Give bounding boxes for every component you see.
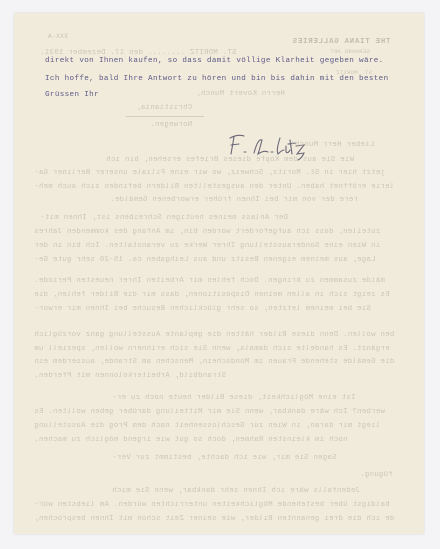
bleed-line: ben wollen. Denn diese Bilder hätten die…	[34, 331, 394, 339]
bleed-line: Sagen Sie mir, wie ich dachte, bestimmt …	[112, 454, 337, 462]
bleed-country: Norwegen.	[150, 121, 192, 129]
bleed-city: Christiania,	[136, 104, 192, 112]
bleed-line: noch im kleinsten Rahmen, doch so gut wi…	[34, 436, 347, 444]
bleed-line: ergänzt. Es handelte sich damals, wenn S…	[34, 345, 390, 353]
letterhead-company: THE TIANA GALLERIES	[292, 38, 390, 46]
archive-mark: A-XXX	[48, 33, 69, 40]
bleed-line: in Wien eine Sonderausstellung Ihrer Wer…	[34, 242, 380, 250]
bleed-line: Lage, aus meinem eigenen Besitz und aus …	[34, 256, 376, 264]
bleed-line: liegt mir daran, in Wien zur Geschlossen…	[34, 422, 380, 430]
bleed-line: baldigst über bestehende Möglichkeiten u…	[34, 501, 390, 509]
bleed-line: Ist eine Möglichkeit, diese Bilder heute…	[112, 394, 355, 402]
bleed-line: Es zeigt sich in allen meinen Dispositio…	[34, 291, 390, 299]
letter-line-2: Ich hoffe, bald Ihre Antwort zu hören un…	[45, 75, 389, 83]
bleed-line: fügung.	[360, 471, 393, 479]
bleed-line: mälde zusammen zu bringen. Doch fehlen m…	[34, 277, 385, 285]
letter-line-1: direkt von Ihnen kaufen, so dass damit v…	[45, 57, 384, 65]
bleed-line: Sie bei meinem letzten, so sehr glücklic…	[34, 305, 371, 313]
bleed-line: Jedenfalls wäre ich Ihnen sehr dankbar, …	[112, 487, 360, 495]
bleed-recipient: Herrn Kovert Munch,	[196, 90, 285, 98]
bleed-line: rere der von mir bei Ihnen früher erworb…	[110, 196, 358, 204]
bleed-line: zuteilen, dass ich aufgefordert worden b…	[34, 228, 380, 236]
bleed-line: Der Anlass meines heutigen Schreibens is…	[40, 214, 288, 222]
bleed-line: Wie Sie aus dem Kopfe dieses Briefes ers…	[106, 156, 354, 164]
bleed-line: de ich die drei genannten Bilder, wie se…	[34, 515, 394, 523]
bleed-line: jetzt hier in St. Moritz, Schweiz, wo wi…	[34, 169, 385, 177]
letter-line-3: Grüssen Ihr	[45, 91, 99, 99]
bleed-line: lerie eröffnet haben. Unter den ausgeste…	[34, 183, 394, 191]
bleed-rule	[126, 116, 204, 117]
bleed-line: Strandbild, Arbeiterkolonnen mit Pferden…	[34, 372, 226, 380]
bleed-line: werben? Ich wäre dankbar, wenn Sie mir M…	[34, 408, 385, 416]
letterhead-date-line: ST. MORITZ ........ den 17. Dezember 193…	[40, 49, 237, 57]
letterhead-subline: GERHARD ART	[330, 48, 370, 55]
bleed-line: Lieber Herr Munch!	[290, 141, 374, 149]
bleed-line: die Gemälde stehende Frauen im Mondschei…	[34, 358, 394, 366]
